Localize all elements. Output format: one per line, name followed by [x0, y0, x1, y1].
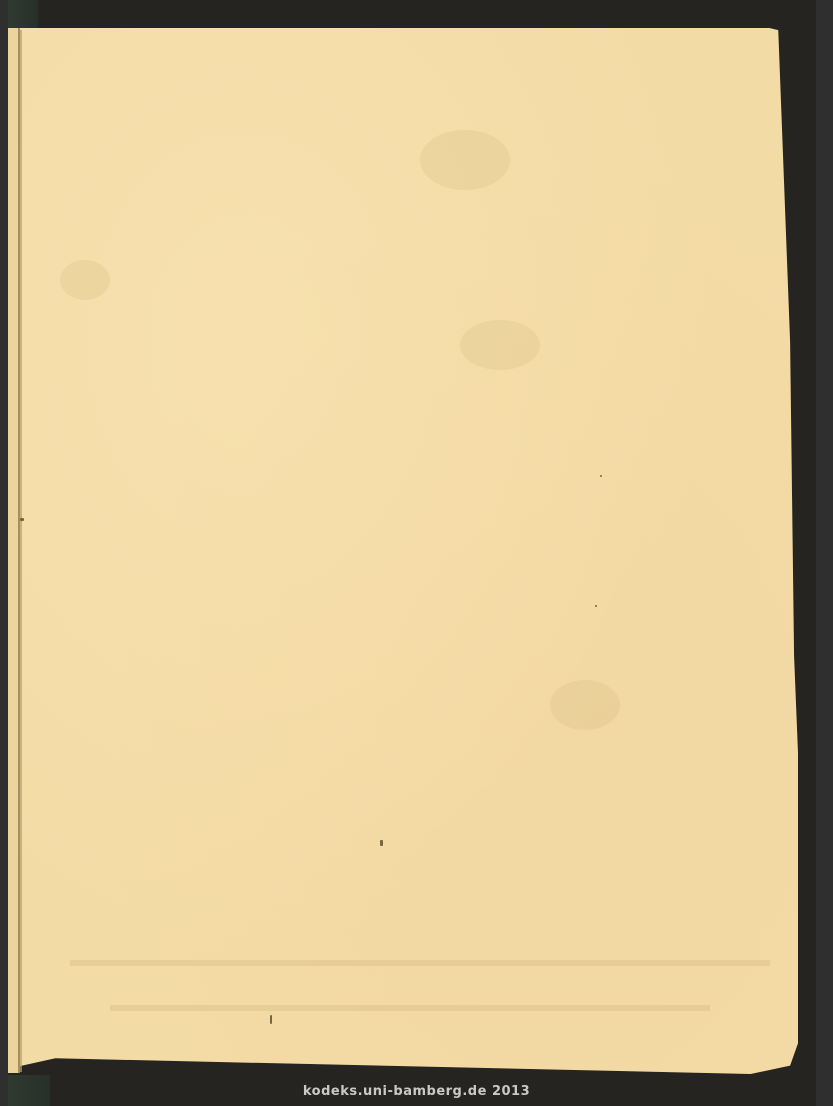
paper-speck [270, 1015, 272, 1024]
blank-book-page [8, 28, 798, 1074]
show-through-text-line [70, 960, 770, 966]
paper-stain [420, 130, 510, 190]
watermark: kodeks.uni-bamberg.de 2013 [0, 1084, 833, 1099]
paper-stain [60, 260, 110, 300]
paper-speck [595, 605, 597, 607]
paper-speck [20, 518, 24, 521]
paper-stain [550, 680, 620, 730]
page-inner-edge [8, 28, 20, 1073]
paper-stain [460, 320, 540, 370]
paper-speck [600, 475, 602, 477]
paper-speck [380, 840, 383, 846]
show-through-text-line [110, 1005, 710, 1011]
binding-cloth-top [8, 0, 38, 28]
gutter-fold-line [20, 30, 22, 1072]
